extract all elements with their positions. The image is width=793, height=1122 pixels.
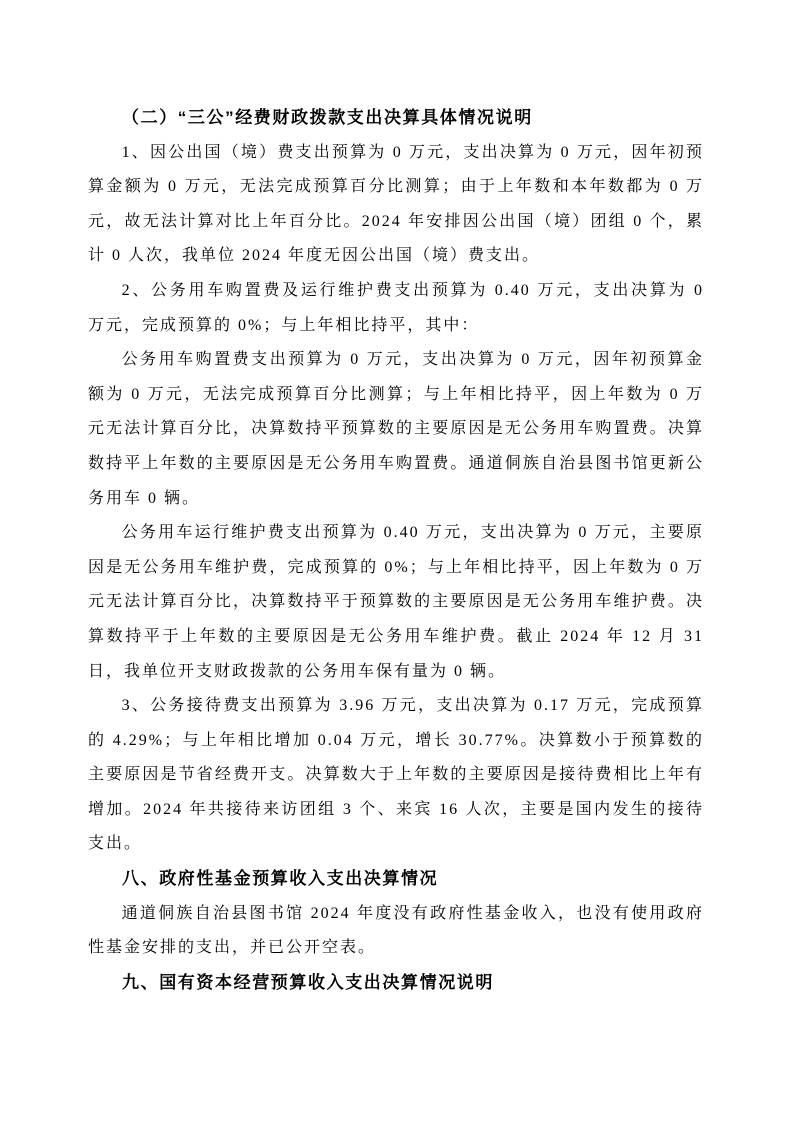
paragraph-government-fund-statement: 通道侗族自治县图书馆 2024 年度没有政府性基金收入，也没有使用政府性基金安排… [88, 897, 704, 966]
paragraph-vehicle-purchase-expense: 公务用车购置费支出预算为 0 万元，支出决算为 0 万元，因年初预算金额为 0 … [88, 343, 704, 516]
heading-state-capital-operation-budget: 九、国有资本经营预算收入支出决算情况说明 [88, 966, 704, 1001]
heading-government-fund-budget: 八、政府性基金预算收入支出决算情况 [88, 862, 704, 897]
document-page: （二）“三公”经费财政拨款支出决算具体情况说明 1、因公出国（境）费支出预算为 … [0, 0, 793, 1122]
paragraph-official-reception-expense: 3、公务接待费支出预算为 3.96 万元，支出决算为 0.17 万元，完成预算的… [88, 689, 704, 862]
document-content: （二）“三公”经费财政拨款支出决算具体情况说明 1、因公出国（境）费支出预算为 … [88, 101, 704, 1000]
paragraph-overseas-travel-expense: 1、因公出国（境）费支出预算为 0 万元，支出决算为 0 万元，因年初预算金额为… [88, 136, 704, 274]
paragraph-vehicle-maintenance-expense: 公务用车运行维护费支出预算为 0.40 万元，支出决算为 0 万元，主要原因是无… [88, 516, 704, 689]
paragraph-official-vehicle-total: 2、公务用车购置费及运行维护费支出预算为 0.40 万元，支出决算为 0 万元，… [88, 274, 704, 343]
heading-three-public-expense-details: （二）“三公”经费财政拨款支出决算具体情况说明 [88, 101, 704, 136]
